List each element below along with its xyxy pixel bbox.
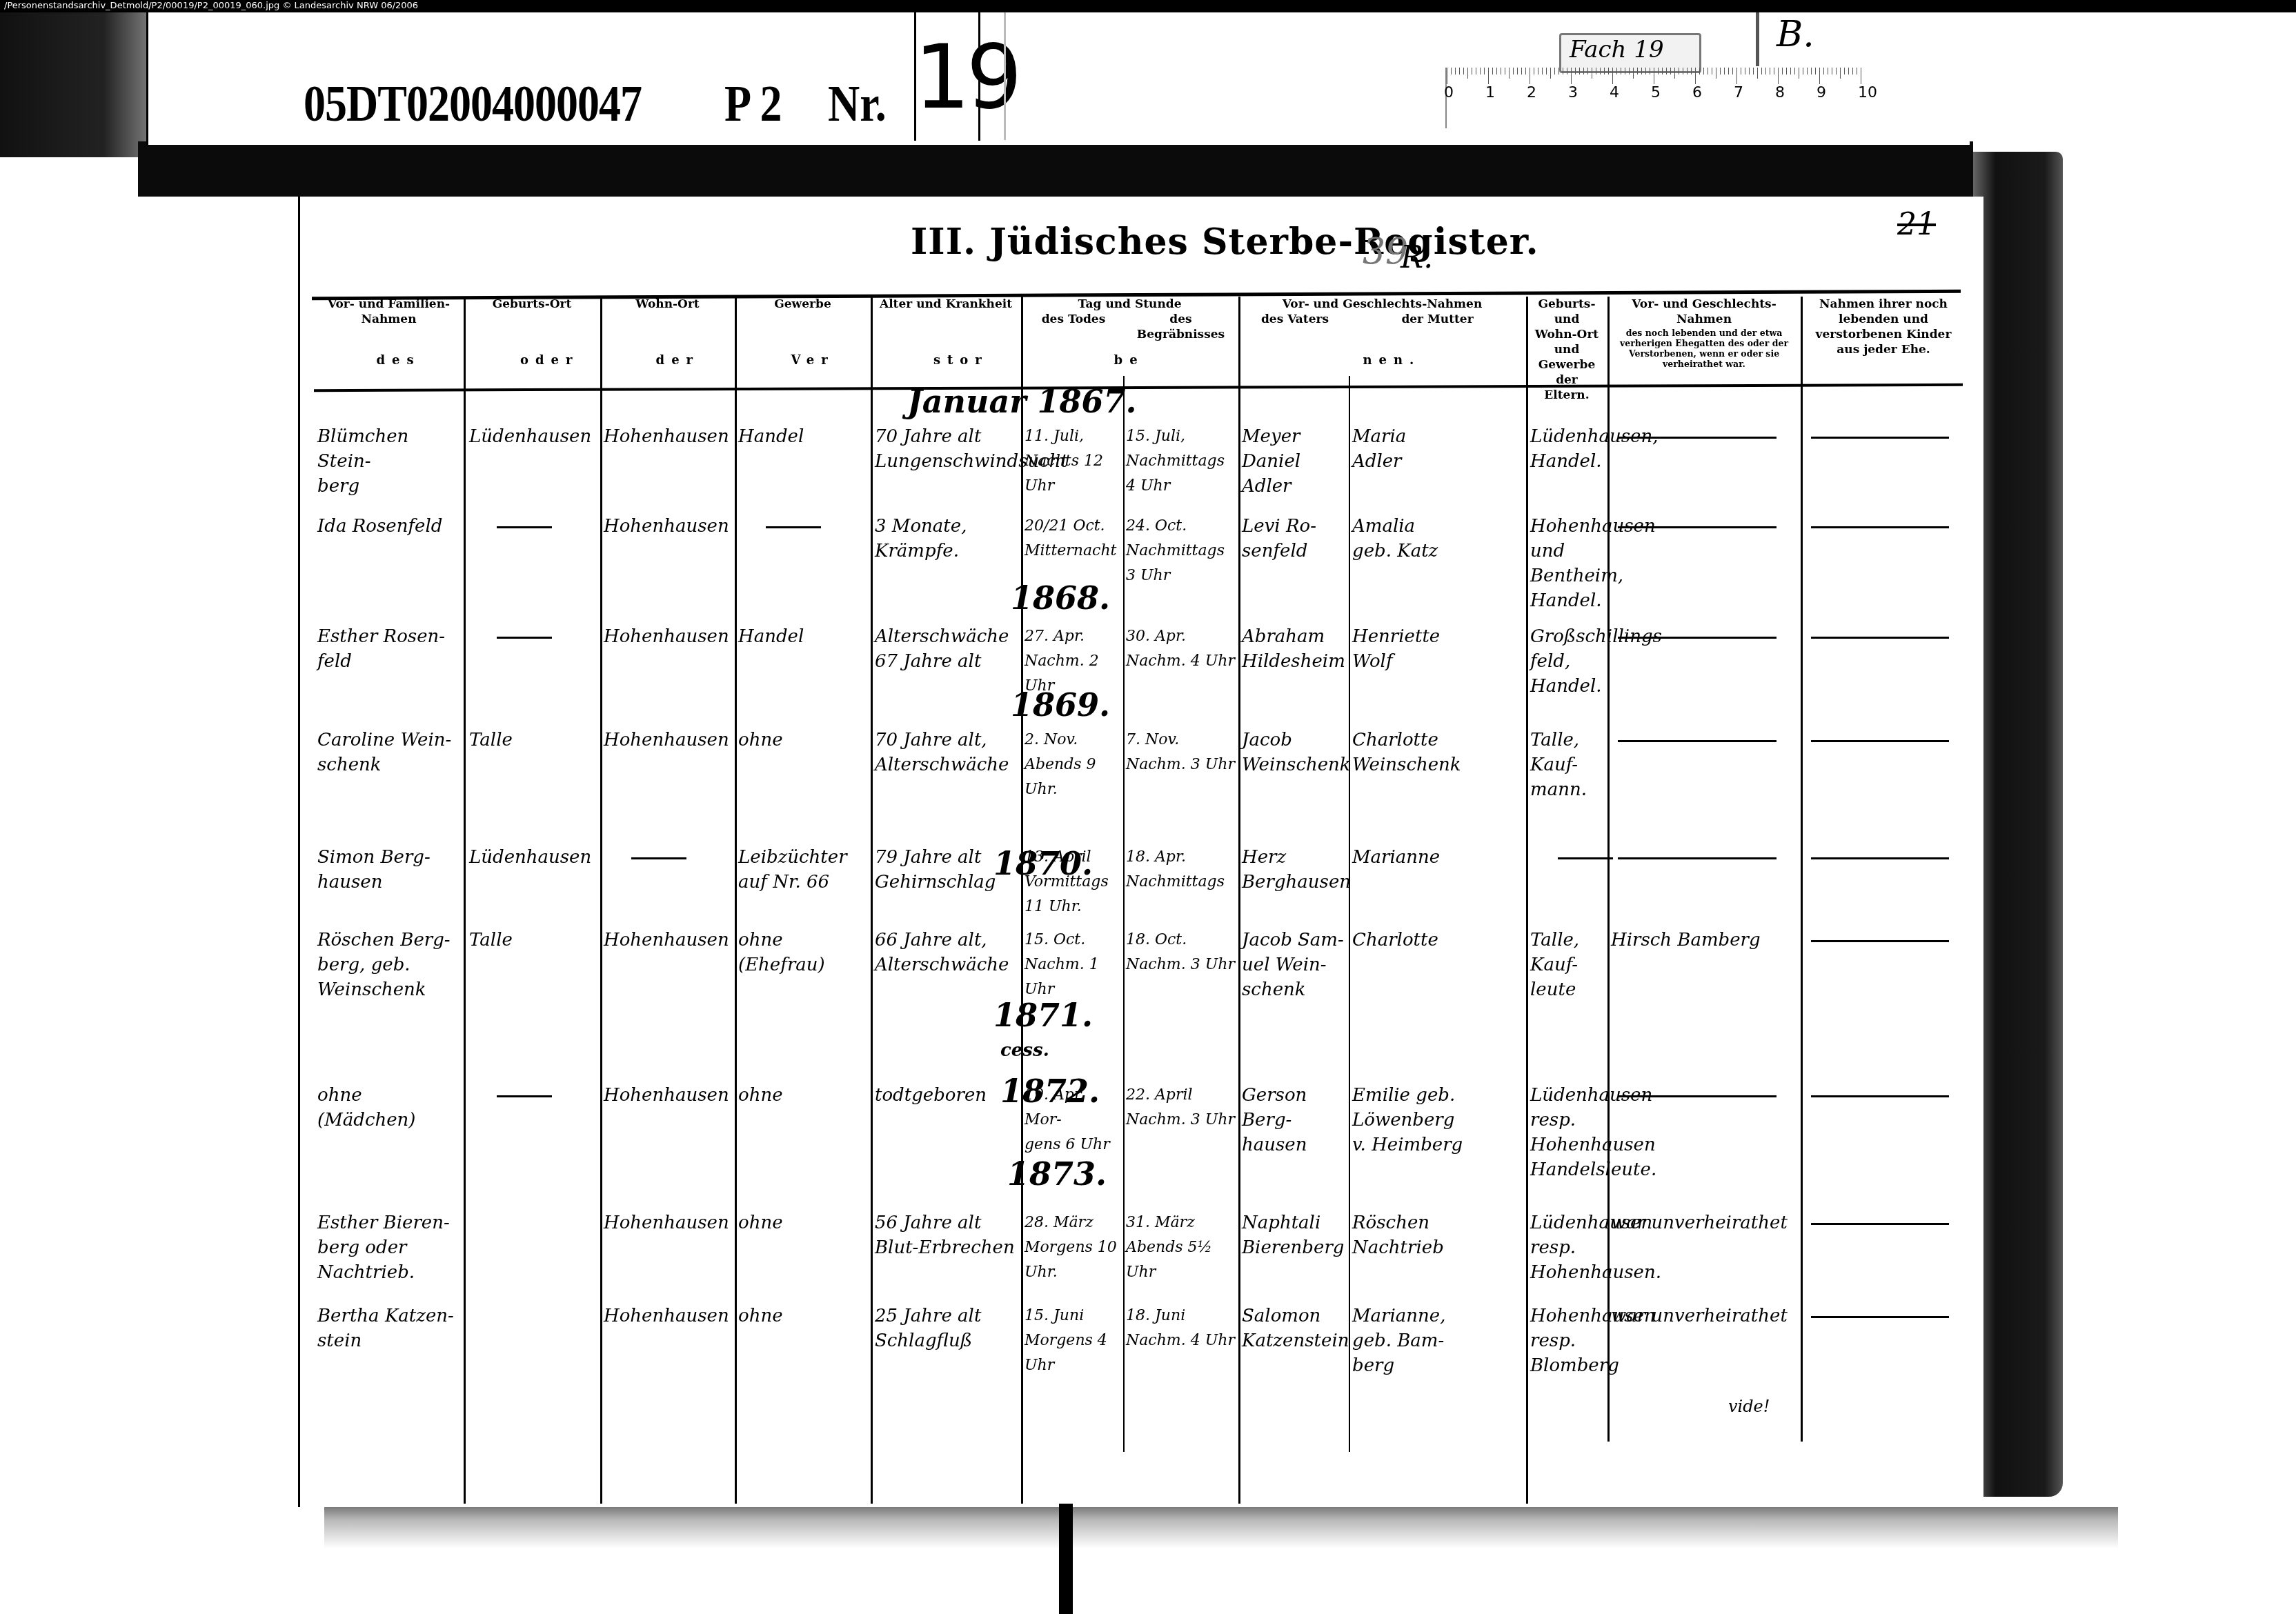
mark-divider [1756, 12, 1759, 66]
ruler-tick [1542, 68, 1543, 74]
subcolumn-rule [1123, 376, 1125, 1452]
ruler-tick [1691, 68, 1692, 74]
scale-ruler: 012345678910 [1445, 68, 1874, 128]
empty-dash [497, 526, 552, 528]
entry-death: 13. April Vormittags 11 Uhr. [1025, 845, 1121, 919]
title-annotation-letter: R. [1401, 240, 1433, 275]
entry-residence: Hohenhausen [604, 928, 731, 953]
ruler-tick [1753, 68, 1754, 74]
ruler-tick [1844, 68, 1845, 74]
ruler-tick [1451, 68, 1452, 74]
entry-birthplace: Talle [469, 728, 597, 753]
year-marker: 1873. [1007, 1155, 1107, 1193]
ruler-tick [1794, 68, 1795, 74]
ruler-number: 9 [1817, 84, 1826, 101]
entry-trade: ohne (Ehefrau) [738, 928, 866, 977]
column-header-1: Vor- und Familien-Nahmen [319, 297, 458, 327]
ruler-tick [1484, 68, 1485, 74]
entry-trade: ohne [738, 1210, 866, 1235]
ruler-tick [1832, 68, 1832, 74]
column-header-4: Gewerbe [740, 297, 865, 312]
empty-dash [1811, 1095, 1949, 1097]
ruler-tick [1840, 68, 1841, 79]
column-rule [1526, 297, 1528, 1504]
ruler-tick [1447, 68, 1447, 84]
entry-name: Blümchen Stein- berg [317, 424, 462, 499]
ruler-tick [1501, 68, 1501, 74]
column-subheader: des Todes [1025, 312, 1122, 327]
entry-residence: Hohenhausen [604, 424, 731, 449]
ruler-tick [1629, 68, 1630, 74]
register-title: III. Jüdisches Sterbe-Register. [911, 221, 1539, 263]
ruler-tick [1807, 68, 1808, 74]
ruler-number: 8 [1775, 84, 1785, 101]
entry-age: 70 Jahre alt Lungenschwindsucht [875, 424, 1020, 474]
entry-burial: 24. Oct. Nachmittags 3 Uhr [1126, 514, 1236, 588]
ruler-tick [1467, 68, 1468, 79]
entry-death: 15. Oct. Nachm. 1 Uhr [1025, 928, 1121, 1002]
ruler-number: 2 [1527, 84, 1536, 101]
entry-father: Herz Berghausen [1242, 845, 1345, 895]
entry-name: Simon Berg- hausen [317, 845, 462, 895]
ruler-tick [1749, 68, 1750, 74]
ruler-number: 0 [1444, 84, 1454, 101]
entry-burial: 18. Oct. Nachm. 3 Uhr [1126, 928, 1236, 977]
entry-age: todtgeboren [875, 1083, 1020, 1108]
column-header-9: Vor- und Geschlechts-Nahmen [1613, 297, 1795, 327]
entry-mother: Röschen Nachtrieb [1352, 1210, 1525, 1260]
ruler-tick [1687, 68, 1688, 74]
entry-residence: Hohenhausen [604, 1210, 731, 1235]
ruler-tick [1633, 68, 1634, 79]
archive-signature: 05DT02004000047 [304, 74, 642, 133]
entry-trade: Handel [738, 424, 866, 449]
year-marker: cess. [1000, 1040, 1049, 1061]
entry-parents: Talle, Kauf- mann. [1530, 728, 1603, 802]
column-header-suffix: des [376, 353, 420, 368]
ruler-tick [1670, 68, 1671, 74]
entry-death: 19. Apr. Mor- gens 6 Uhr [1025, 1083, 1121, 1157]
column-header-suffix: nen. [1363, 353, 1421, 368]
column-subheader: des Begräbnisses [1126, 312, 1236, 342]
ruler-number: 1 [1485, 84, 1495, 101]
ruler-tick [1521, 68, 1522, 74]
entry-burial: 18. Apr. Nachmittags [1126, 845, 1236, 895]
entry-residence: Hohenhausen [604, 728, 731, 753]
entry-birthplace: Lüdenhausen [469, 845, 597, 870]
ruler-number: 4 [1610, 84, 1619, 101]
empty-dash [1811, 857, 1949, 859]
empty-dash [497, 1095, 552, 1097]
ruler-tick [1712, 68, 1712, 74]
entry-trade: ohne [738, 728, 866, 753]
ruler-number: 7 [1734, 84, 1743, 101]
column-header-suffix: be [1114, 353, 1145, 368]
ruler-number: 5 [1651, 84, 1661, 101]
ruler-tick [1509, 68, 1510, 79]
column-header-7: Vor- und Geschlechts-Nahmen [1244, 297, 1521, 312]
entry-parents: Lüdenhausen resp. Hohenhausen. [1530, 1210, 1603, 1285]
entry-father: Jacob Sam- uel Wein- schenk [1242, 928, 1345, 1002]
ruler-tick [1496, 68, 1497, 74]
empty-dash [1558, 857, 1613, 859]
entry-name: Caroline Wein- schenk [317, 728, 462, 777]
ruler-tick [1708, 68, 1708, 74]
empty-dash [1811, 437, 1949, 439]
entry-parents: Lüdenhausen resp. Hohenhausen Handelsleu… [1530, 1083, 1603, 1182]
entry-burial: 18. Juni Nachm. 4 Uhr [1126, 1304, 1236, 1353]
ruler-tick [1472, 68, 1472, 74]
ruler-tick [1550, 68, 1551, 79]
scan-background [0, 12, 148, 157]
column-header-3: Wohn-Ort [606, 297, 729, 312]
entry-age: Alterschwäche 67 Jahre alt [875, 624, 1020, 674]
ruler-tick [1695, 68, 1696, 84]
ruler-number: 6 [1692, 84, 1702, 101]
column-header-detail: des noch lebenden und der etwa verherige… [1613, 328, 1795, 369]
entry-death: 27. Apr. Nachm. 2 Uhr [1025, 624, 1121, 699]
ruler-tick [1645, 68, 1646, 74]
ruler-tick [1674, 68, 1675, 79]
ruler-number: 3 [1568, 84, 1578, 101]
year-marker: 1868. [1011, 579, 1110, 617]
column-header-suffix: oder [520, 353, 580, 368]
column-rule [735, 297, 737, 1504]
entry-father: Naphtali Bierenberg [1242, 1210, 1345, 1260]
ruler-tick [1604, 68, 1605, 74]
entry-birthplace: Talle [469, 928, 597, 953]
ruler-tick [1530, 68, 1530, 84]
column-rule [871, 297, 873, 1504]
column-rule [600, 297, 602, 1504]
ruler-tick [1803, 68, 1803, 74]
ruler-tick [1525, 68, 1526, 74]
entry-mother: Emilie geb. Löwenberg v. Heimberg [1352, 1083, 1525, 1157]
empty-dash [1811, 1223, 1949, 1225]
ruler-tick [1558, 68, 1559, 74]
empty-dash [1811, 1316, 1949, 1318]
ruler-tick [1513, 68, 1514, 74]
ruler-tick [1741, 68, 1741, 74]
column-rule [1238, 297, 1240, 1504]
column-header-2: Geburts-Ort [469, 297, 595, 312]
column-header-6: Tag und Stunde [1027, 297, 1233, 312]
ruler-tick [1480, 68, 1481, 74]
page-number: 21 [1897, 207, 1936, 242]
ruler-tick [1579, 68, 1580, 74]
ruler-tick [1600, 68, 1601, 74]
entry-parents: Hohenhausen resp. Blomberg [1530, 1304, 1603, 1378]
ruler-tick [1554, 68, 1555, 74]
empty-dash [1618, 526, 1777, 528]
ruler-tick [1774, 68, 1774, 74]
entry-mother: Charlotte Weinschenk [1352, 728, 1525, 777]
entry-name: Esther Bieren- berg oder Nachtrieb. [317, 1210, 462, 1285]
column-rule [1021, 297, 1023, 1504]
ruler-tick [1819, 68, 1820, 84]
entry-parents: Talle, Kauf- leute [1530, 928, 1603, 1002]
ruler-tick [1724, 68, 1725, 74]
ruler-tick [1463, 68, 1464, 74]
ruler-tick [1757, 68, 1758, 79]
ruler-tick [1621, 68, 1621, 74]
entry-parents: Hohenhausen und Bentheim, Handel. [1530, 514, 1603, 613]
fach-text: Fach 19 [1570, 36, 1664, 63]
ruler-tick [1505, 68, 1505, 74]
ruler-tick [1790, 68, 1791, 74]
ruler-tick [1736, 68, 1737, 84]
scan-background-band [138, 141, 1973, 197]
ruler-tick [1857, 68, 1857, 74]
ruler-tick [1782, 68, 1783, 74]
ruler-tick [1583, 68, 1584, 74]
footer-note: vide! [1728, 1397, 1770, 1416]
entry-parents: Lüdenhausen, Handel. [1530, 424, 1603, 474]
ruler-tick [1778, 68, 1779, 84]
entry-residence: Hohenhausen [604, 514, 731, 539]
column-header-10: Nahmen ihrer noch lebenden und verstorbe… [1806, 297, 1961, 357]
ruler-tick [1703, 68, 1704, 74]
empty-dash [631, 857, 686, 859]
entry-residence: Hohenhausen [604, 624, 731, 649]
ruler-tick [1662, 68, 1663, 74]
entry-father: Meyer Daniel Adler [1242, 424, 1345, 499]
ruler-tick [1836, 68, 1837, 74]
page-shadow [324, 1507, 2118, 1548]
entry-father: Levi Ro- senfeld [1242, 514, 1345, 564]
ruler-tick [1455, 68, 1456, 74]
entry-burial: 31. März Abends 5½ Uhr [1126, 1210, 1236, 1285]
entry-name: Bertha Katzen- stein [317, 1304, 462, 1353]
ruler-tick [1765, 68, 1766, 74]
ruler-tick [1625, 68, 1625, 74]
entry-age: 25 Jahre alt Schlagfluß [875, 1304, 1020, 1353]
entry-burial: 30. Apr. Nachm. 4 Uhr [1126, 624, 1236, 674]
image-caption: /Personenstandsarchiv_Detmold/P2/00019/P… [4, 0, 418, 12]
ruler-tick [1699, 68, 1700, 74]
column-rule [1801, 297, 1803, 1442]
column-header-suffix: stor [933, 353, 989, 368]
ruler-tick [1637, 68, 1638, 74]
empty-dash [1811, 940, 1949, 942]
entry-trade: Handel [738, 624, 866, 649]
empty-dash [766, 526, 821, 528]
book-edge [1973, 152, 2063, 1497]
year-marker: 1871. [993, 997, 1093, 1034]
ruler-tick [1575, 68, 1576, 74]
entry-mother: Marianne, geb. Bam- berg [1352, 1304, 1525, 1378]
empty-dash [1618, 740, 1777, 742]
year-marker: Januar 1867. [907, 383, 1137, 420]
empty-dash [1811, 740, 1949, 742]
entry-name: Esther Rosen- feld [317, 624, 462, 674]
ruler-tick [1492, 68, 1493, 74]
column-header-suffix: der [656, 353, 700, 368]
entry-mother: Marianne [1352, 845, 1525, 870]
ruler-tick [1616, 68, 1617, 74]
entry-spouse: Hirsch Bamberg [1611, 928, 1797, 953]
entry-residence: Hohenhausen [604, 1304, 731, 1328]
entry-father: Gerson Berg- hausen [1242, 1083, 1345, 1157]
ruler-tick [1587, 68, 1588, 74]
mark-letter: B. [1777, 14, 1814, 55]
ruler-tick [1641, 68, 1642, 74]
ruler-tick [1658, 68, 1659, 74]
ruler-tick [1861, 68, 1861, 84]
ruler-tick [1654, 68, 1654, 84]
column-subheader: des Vaters [1243, 312, 1347, 327]
ruler-tick [1770, 68, 1770, 74]
ruler-tick [1567, 68, 1567, 74]
empty-dash [497, 637, 552, 639]
entry-age: 66 Jahre alt, Alterschwäche [875, 928, 1020, 977]
ruler-tick [1811, 68, 1812, 74]
ruler-tick [1823, 68, 1824, 74]
entry-mother: Amalia geb. Katz [1352, 514, 1525, 564]
entry-burial: 15. Juli, Nachmittags 4 Uhr [1126, 424, 1236, 499]
ruler-tick [1828, 68, 1828, 74]
entry-mother: Maria Adler [1352, 424, 1525, 474]
empty-dash [1618, 637, 1777, 639]
entry-trade: Leibzüchter auf Nr. 66 [738, 845, 866, 895]
ruler-tick [1666, 68, 1667, 74]
entry-burial: 7. Nov. Nachm. 3 Uhr [1126, 728, 1236, 777]
number-label: Nr. [828, 74, 887, 133]
entry-death: 11. Juli, Nachts 12 Uhr [1025, 424, 1121, 499]
entry-name: Röschen Berg- berg, geb. Weinschenk [317, 928, 462, 1002]
ruler-tick [1459, 68, 1460, 74]
entry-death: 28. März Morgens 10 Uhr. [1025, 1210, 1121, 1285]
ruler-tick [1720, 68, 1721, 74]
ruler-tick [1745, 68, 1745, 74]
ruler-tick [1488, 68, 1489, 84]
subcolumn-rule [1349, 376, 1350, 1452]
empty-dash [1811, 637, 1949, 639]
ruler-tick [1517, 68, 1518, 74]
number-value: 19 [914, 33, 1004, 123]
empty-dash [1811, 526, 1949, 528]
ruler-tick [1534, 68, 1534, 74]
ruler-tick [1732, 68, 1733, 74]
entry-residence: Hohenhausen [604, 1083, 731, 1108]
ruler-tick [1563, 68, 1563, 74]
ruler-tick [1716, 68, 1716, 79]
entry-age: 79 Jahre alt Gehirnschlag [875, 845, 1020, 895]
entry-trade: ohne [738, 1304, 866, 1328]
column-subheader: der Mutter [1352, 312, 1523, 327]
ruler-number: 10 [1858, 84, 1877, 101]
ruler-tick [1612, 68, 1613, 84]
ruler-tick [1650, 68, 1650, 74]
ruler-tick [1592, 68, 1592, 79]
entry-age: 56 Jahre alt Blut-Erbrechen [875, 1210, 1020, 1260]
entry-mother: Charlotte [1352, 928, 1525, 953]
ruler-tick [1683, 68, 1683, 74]
entry-father: Salomon Katzenstein [1242, 1304, 1345, 1353]
entry-death: 15. Juni Morgens 4 Uhr [1025, 1304, 1121, 1378]
column-header-suffix: Ver [791, 353, 834, 368]
column-header-5: Alter und Krankheit [876, 297, 1016, 312]
ruler-tick [1799, 68, 1799, 79]
entry-father: Jacob Weinschenk [1242, 728, 1345, 777]
ruler-tick [1546, 68, 1547, 74]
entry-death: 2. Nov. Abends 9 Uhr. [1025, 728, 1121, 802]
entry-burial: 22. April Nachm. 3 Uhr [1126, 1083, 1236, 1133]
entry-mother: Henriette Wolf [1352, 624, 1525, 674]
entry-spouse: war unverheirathet [1611, 1210, 1797, 1235]
ruler-tick [1538, 68, 1538, 74]
ruler-tick [1815, 68, 1816, 74]
column-rule [464, 297, 466, 1504]
entry-name: Ida Rosenfeld [317, 514, 462, 539]
entry-trade: ohne [738, 1083, 866, 1108]
entry-parents: Großschillings- feld, Handel. [1530, 624, 1603, 699]
column-header-8: Geburts- und Wohn-Ort und Gewerbe der El… [1532, 297, 1602, 403]
entry-name: ohne (Mädchen) [317, 1083, 462, 1133]
entry-age: 3 Monate, Krämpfe. [875, 514, 1020, 564]
entry-father: Abraham Hildesheim [1242, 624, 1345, 674]
ruler-tick [1679, 68, 1679, 74]
entry-spouse: war unverheirathet [1611, 1304, 1797, 1328]
ruler-tick [1761, 68, 1762, 74]
empty-dash [1618, 857, 1777, 859]
entry-death: 20/21 Oct. Mitternacht [1025, 514, 1121, 564]
ruler-tick [1786, 68, 1787, 74]
ruler-tick [1608, 68, 1609, 74]
scan-mark [1059, 1504, 1073, 1614]
ruler-tick [1848, 68, 1849, 74]
entry-birthplace: Lüdenhausen [469, 424, 597, 449]
ruler-tick [1596, 68, 1596, 74]
ruler-tick [1571, 68, 1572, 84]
ruler-tick [1728, 68, 1729, 74]
ruler-tick [1852, 68, 1853, 74]
entry-age: 70 Jahre alt, Alterschwäche [875, 728, 1020, 777]
series-label: P 2 [724, 74, 782, 133]
label-divider [1004, 12, 1006, 140]
ruler-tick [1476, 68, 1476, 74]
empty-dash [1618, 437, 1777, 439]
empty-dash [1618, 1095, 1777, 1097]
